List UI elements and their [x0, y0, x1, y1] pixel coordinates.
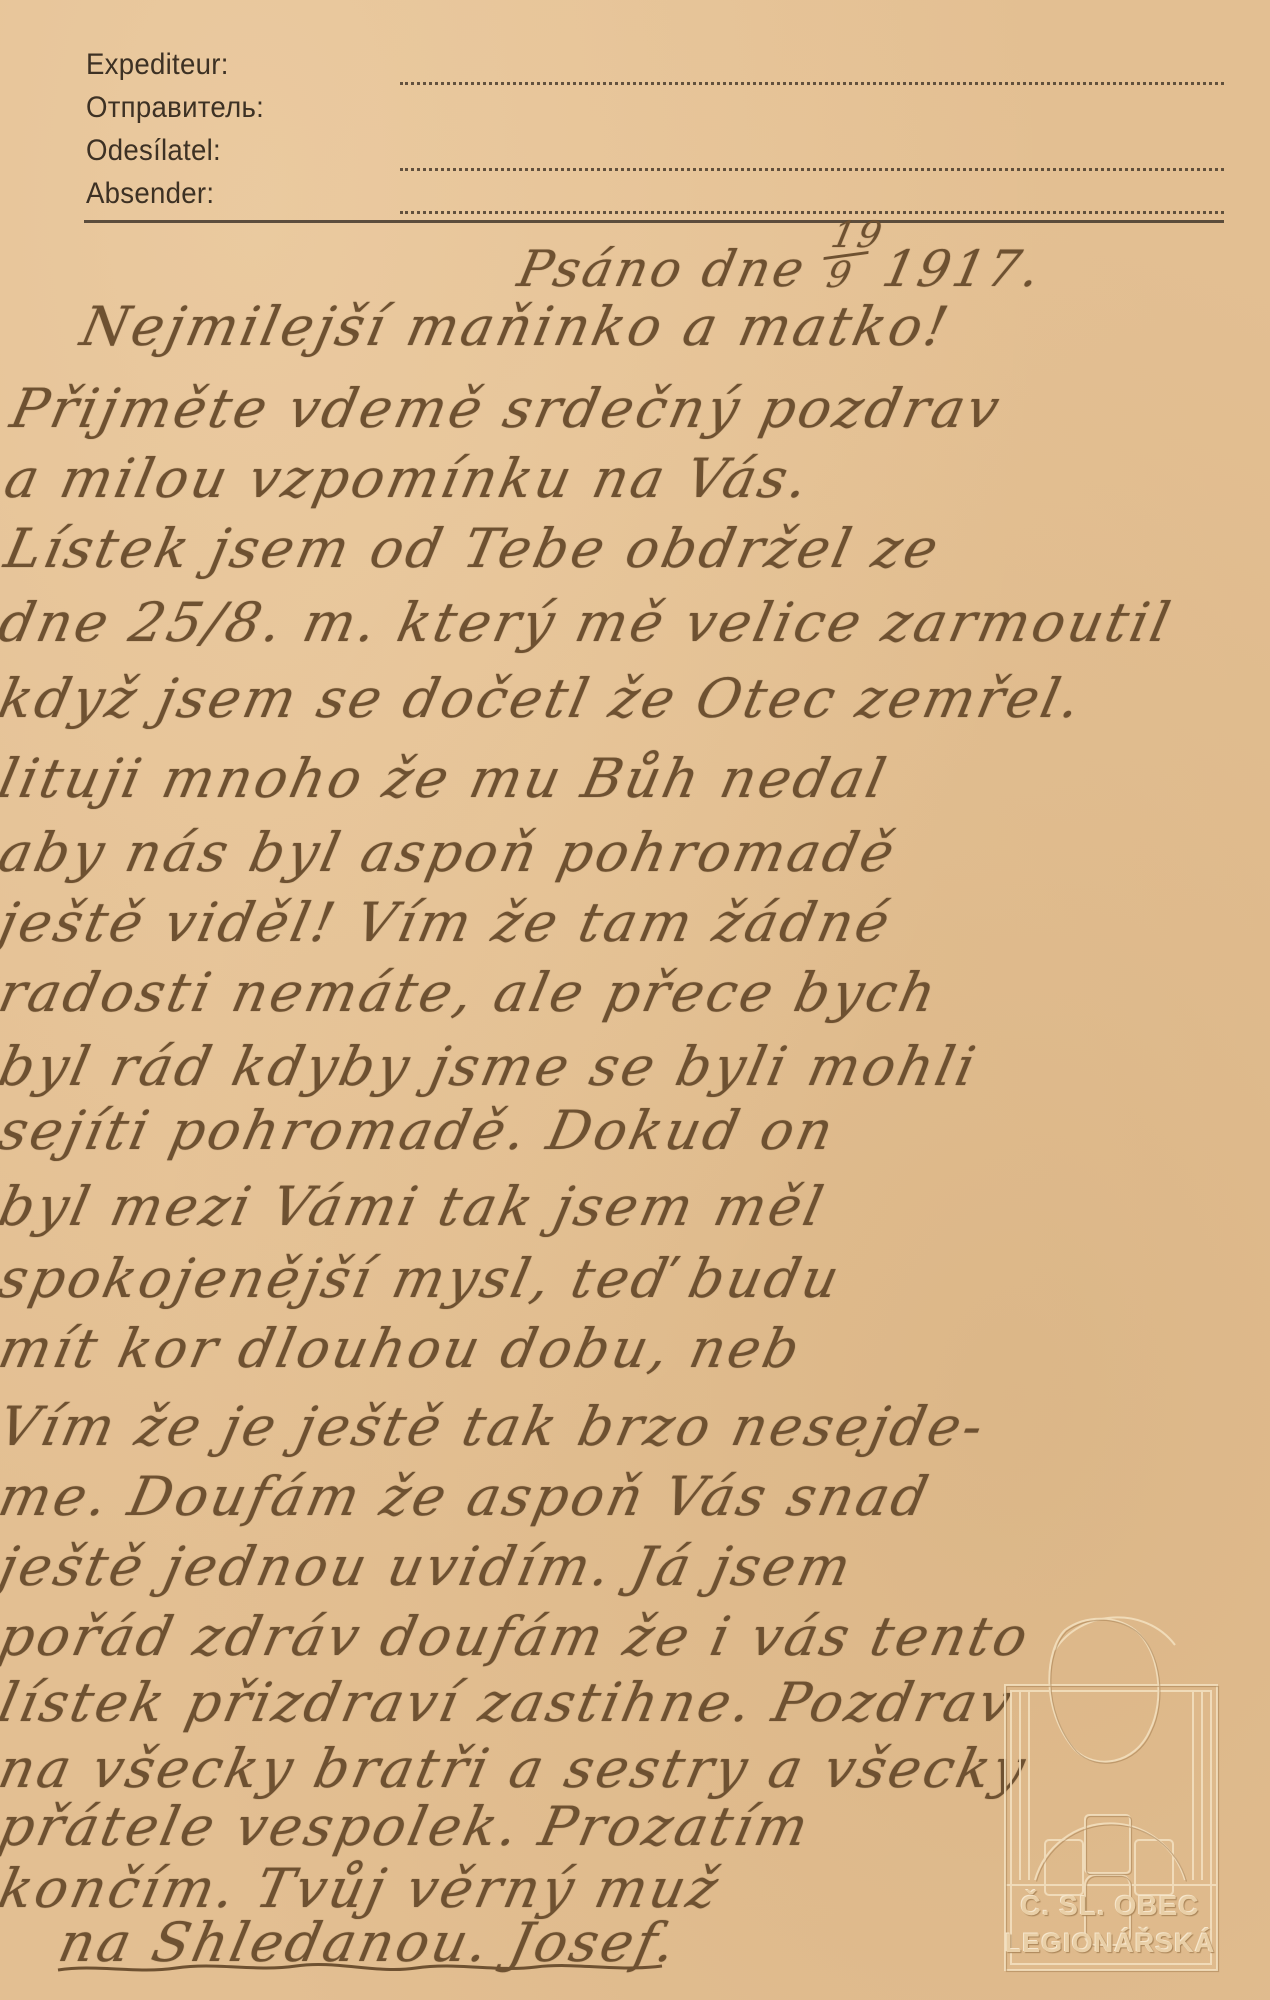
- letter-line: spokojenější mysl, teď budu: [0, 1252, 846, 1306]
- letter-line: aby nás byl aspoň pohromadě: [0, 826, 902, 880]
- letter-line: ještě viděl! Vím že tam žádné: [0, 896, 897, 950]
- embossed-stamp: Č. SL. OBEC LEGIONÁŘSKÁ: [985, 1590, 1235, 1980]
- letter-line: me. Doufám že aspoň Vás snad: [0, 1470, 935, 1524]
- date-month: 9: [824, 258, 858, 294]
- letter-line: byl rád kdyby jsme se byli mohli: [0, 1040, 982, 1094]
- letter-line: a milou vzpomínku na Vás.: [0, 452, 815, 506]
- letter-line: sejíti pohromadě. Dokud on: [0, 1104, 840, 1158]
- letter-line: Lístek jsem od Tebe obdržel ze: [0, 522, 945, 576]
- letter-line: lístek přizdraví zastihne. Pozdrav: [0, 1676, 1019, 1730]
- letter-line: mít kor dlouhou dobu, neb: [0, 1322, 807, 1376]
- letter-line: Vím že je ještě tak brzo nesejde-: [0, 1400, 990, 1454]
- letter-line: když jsem se dočetl že Otec zemřel.: [0, 672, 1088, 726]
- letter-line: přátele vespolek. Prozatím: [0, 1800, 815, 1854]
- stamp-text-line1: Č. SL. OBEC: [985, 1890, 1235, 1922]
- postcard: Expediteur: Отправитель: Odesílatel: Abs…: [0, 0, 1270, 2000]
- letter-line: Přijměte vdemě srdečný pozdrav: [6, 382, 1006, 436]
- letter-line: ještě jednou uvidím. Já jsem: [0, 1540, 858, 1594]
- place-date-line: Psáno dne 19 9 1917.: [514, 236, 1049, 294]
- letter-line: končím. Tvůj věrný muž: [0, 1862, 725, 1916]
- letter-line: pořád zdráv doufám že i vás tento: [0, 1610, 1035, 1664]
- letter-line: na všecky bratři a sestry a všecky: [0, 1742, 1032, 1796]
- date-fraction: 19 9: [821, 236, 872, 286]
- letter-line: lituji mnoho že mu Bůh nedal: [0, 752, 893, 806]
- stamp-text-line2: LEGIONÁŘSKÁ: [985, 1928, 1235, 1959]
- date-year: 1917.: [878, 240, 1048, 298]
- place-date-text: Psáno dne: [513, 240, 812, 298]
- date-day: 19: [828, 218, 887, 254]
- letter-line: byl mezi Vámi tak jsem měl: [0, 1180, 830, 1234]
- letter-line: radosti nemáte, ale přece bych: [0, 966, 943, 1020]
- letter-line: dne 25/8. m. který mě velice zarmoutil: [0, 596, 1177, 650]
- letter-line: Nejmilejší maňinko a matko!: [76, 300, 955, 354]
- signoff-underline: [56, 1962, 666, 1976]
